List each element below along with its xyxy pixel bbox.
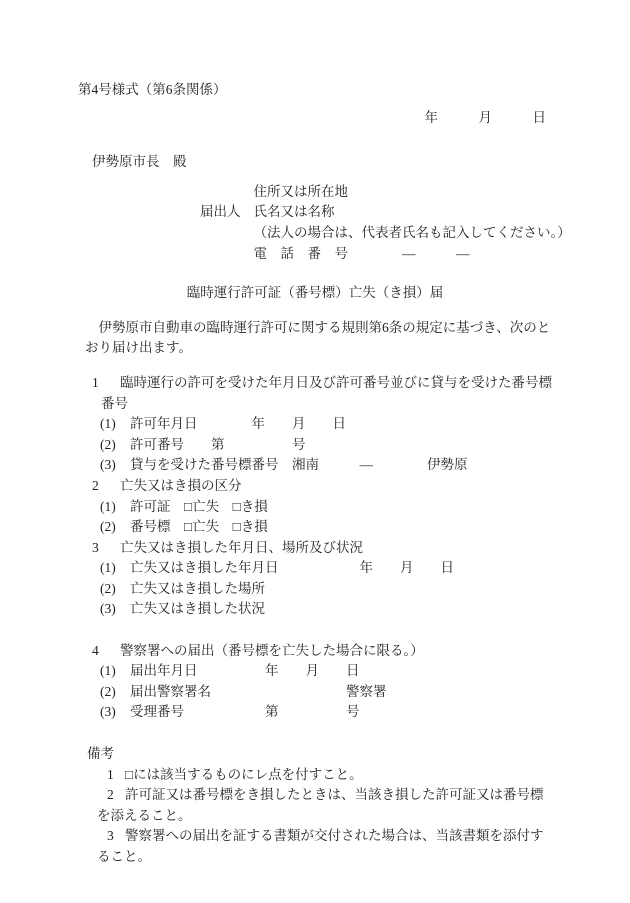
item-label: 許可証 <box>130 499 171 514</box>
item-text: 届出年月日 年 月 日 <box>130 663 360 678</box>
note-text: 許可証又は番号標をき損したときは、当該き損した許可証又は番号標を添えること。 <box>97 787 544 823</box>
item-text: 亡失又はき損した状況 <box>130 601 265 616</box>
form-number: 第4号様式（第6条関係） <box>78 80 552 101</box>
item-text: 許可年月日 年 月 日 <box>130 416 346 431</box>
remarks-note-2: 2許可証又は番号標をき損したときは、当該き損した許可証又は番号標を添えること。 <box>97 785 552 826</box>
item-number: (2) <box>100 435 130 456</box>
item-number: (2) <box>100 517 130 538</box>
section-2: 2亡失又はき損の区分 (1)許可証□亡失□き損 (2)番号標□亡失□き損 <box>78 476 552 538</box>
section-heading-text: 亡失又はき損の区分 <box>120 478 242 493</box>
checkbox-option-label: 亡失 <box>192 499 219 514</box>
item-label: 番号標 <box>130 519 171 534</box>
form-item-receipt-number: (3)受理番号 第 号 <box>100 702 552 723</box>
date-line: 年 月 日 <box>78 108 552 129</box>
note-number: 2 <box>107 785 125 806</box>
item-text: 届出警察署名 警察署 <box>130 684 387 699</box>
item-number: (3) <box>100 702 130 723</box>
item-text: 亡失又はき損した年月日 年 月 日 <box>130 560 454 575</box>
section-heading-text: 亡失又はき損した年月日、場所及び状況 <box>120 540 363 555</box>
section-heading: 4警察署への届出（番号標を亡失した場合に限る。） <box>101 641 552 662</box>
document-page: 第4号様式（第6条関係） 年 月 日 伊勢原市長 殿 届出人 住所又は所在地 氏… <box>0 0 630 903</box>
section-4: 4警察署への届出（番号標を亡失した場合に限る。） (1)届出年月日 年 月 日 … <box>78 641 552 723</box>
section-number: 4 <box>92 641 120 662</box>
form-item-plate-number: (3)貸与を受けた番号標番号 湘南 ― 伊勢原 <box>100 455 552 476</box>
addressee: 伊勢原市長 殿 <box>92 152 552 173</box>
form-item-permit-loss-type: (1)許可証□亡失□き損 <box>100 497 552 518</box>
section-heading-text: 警察署への届出（番号標を亡失した場合に限る。） <box>120 643 424 658</box>
checkbox-icon: □ <box>184 519 192 534</box>
item-text: 受理番号 第 号 <box>130 704 360 719</box>
section-number: 2 <box>92 476 120 497</box>
checkbox-option-label: き損 <box>241 519 268 534</box>
note-number: 3 <box>107 826 125 847</box>
form-item-police-station: (2)届出警察署名 警察署 <box>100 682 552 703</box>
form-item-permit-number: (2)許可番号 第 号 <box>100 435 552 456</box>
section-heading-text: 臨時運行の許可を受けた年月日及び許可番号並びに貸与を受けた番号標番号 <box>101 375 552 411</box>
checkbox-option-label: 亡失 <box>192 519 219 534</box>
checkbox-icon: □ <box>233 519 241 534</box>
item-text: 亡失又はき損した場所 <box>130 581 265 596</box>
checkbox-option: □き損 <box>233 519 268 534</box>
section-heading: 3亡失又はき損した年月日、場所及び状況 <box>101 538 552 559</box>
remarks-note-3: 3警察署への届出を証する書類が交付された場合は、当該書類を添付すること。 <box>97 826 552 867</box>
checkbox-icon: □ <box>184 499 192 514</box>
section-3: 3亡失又はき損した年月日、場所及び状況 (1)亡失又はき損した年月日 年 月 日… <box>78 538 552 620</box>
form-item-plate-loss-type: (2)番号標□亡失□き損 <box>100 517 552 538</box>
checkbox-option: □亡失 <box>184 499 219 514</box>
checkbox-icon: □ <box>233 499 241 514</box>
checkbox-option-label: き損 <box>241 499 268 514</box>
section-heading: 2亡失又はき損の区分 <box>101 476 552 497</box>
remarks-label: 備考 <box>87 744 552 765</box>
note-text: □には該当するものにレ点を付すこと。 <box>125 767 363 782</box>
item-number: (1) <box>100 558 130 579</box>
form-item-permit-date: (1)許可年月日 年 月 日 <box>100 414 552 435</box>
checkbox-option: □亡失 <box>184 519 219 534</box>
notifier-label: 届出人 <box>200 202 241 264</box>
form-item-loss-date: (1)亡失又はき損した年月日 年 月 日 <box>100 558 552 579</box>
notifier-corporate-note: （法人の場合は、代表者氏名も記入してください。） <box>254 223 571 244</box>
item-text: 貸与を受けた番号標番号 湘南 ― 伊勢原 <box>130 457 468 472</box>
checkbox-option: □き損 <box>233 499 268 514</box>
note-text: 警察署への届出を証する書類が交付された場合は、当該書類を添付すること。 <box>97 828 544 864</box>
form-title: 臨時運行許可証（番号標）亡失（き損）届 <box>78 283 552 304</box>
section-number: 1 <box>92 373 120 394</box>
form-item-loss-place: (2)亡失又はき損した場所 <box>100 579 552 600</box>
item-number: (1) <box>100 414 130 435</box>
section-heading: 1臨時運行の許可を受けた年月日及び許可番号並びに貸与を受けた番号標番号 <box>101 373 552 414</box>
notifier-name-label: 氏名又は名称 <box>254 202 571 223</box>
section-1: 1臨時運行の許可を受けた年月日及び許可番号並びに貸与を受けた番号標番号 (1)許… <box>78 373 552 476</box>
item-number: (3) <box>100 599 130 620</box>
note-number: 1 <box>107 765 125 786</box>
item-number: (1) <box>100 661 130 682</box>
sections: 1臨時運行の許可を受けた年月日及び許可番号並びに貸与を受けた番号標番号 (1)許… <box>78 373 552 723</box>
item-number: (3) <box>100 455 130 476</box>
notifier-fields: 住所又は所在地 氏名又は名称 （法人の場合は、代表者氏名も記入してください。） … <box>254 182 571 264</box>
item-number: (1) <box>100 497 130 518</box>
item-number: (2) <box>100 579 130 600</box>
section-number: 3 <box>92 538 120 559</box>
remarks-note-1: 1□には該当するものにレ点を付すこと。 <box>97 765 552 786</box>
form-item-report-date: (1)届出年月日 年 月 日 <box>100 661 552 682</box>
remarks-section: 備考 1□には該当するものにレ点を付すこと。 2許可証又は番号標をき損したときは… <box>78 744 552 868</box>
intro-paragraph: 伊勢原市自動車の臨時運行許可に関する規則第6条の規定に基づき、次のとおり届け出ま… <box>85 318 552 359</box>
item-number: (2) <box>100 682 130 703</box>
form-item-loss-situation: (3)亡失又はき損した状況 <box>100 599 552 620</box>
notifier-address-label: 住所又は所在地 <box>254 182 571 203</box>
notifier-phone-line: 電 話 番 号 ― ― <box>254 244 571 265</box>
notifier-block: 届出人 住所又は所在地 氏名又は名称 （法人の場合は、代表者氏名も記入してくださ… <box>200 182 552 264</box>
item-text: 許可番号 第 号 <box>130 437 306 452</box>
